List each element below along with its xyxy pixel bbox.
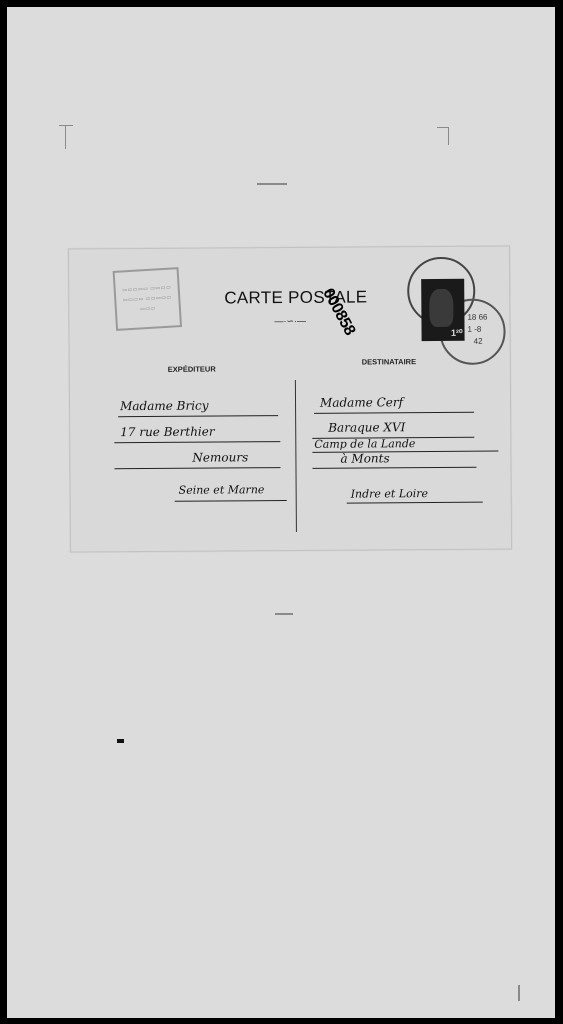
box-stamp-line: ▭▭▭	[140, 306, 156, 313]
specks	[117, 739, 124, 743]
box-stamp: ▭▭▭▭▭ ▭▭▭▭ ▭▭▭▭ ▭▭▭▭▭ ▭▭▭	[113, 267, 182, 331]
recipient-line: Camp de la Lande	[314, 437, 415, 451]
address-rule	[175, 500, 287, 502]
sender-line: 17 rue Berthier	[120, 425, 214, 440]
postcard-title: CARTE POSTALE	[224, 287, 367, 308]
address-rule	[314, 412, 474, 414]
registration-mark	[518, 985, 520, 1001]
sender-line: Madame Bricy	[120, 399, 209, 414]
stamp-value: 1²⁰	[451, 328, 463, 339]
registration-mark	[257, 183, 287, 185]
postmark-date: 18 66	[467, 313, 487, 322]
scan-sheet: ▭▭▭▭▭ ▭▭▭▭ ▭▭▭▭ ▭▭▭▭▭ ▭▭▭ CARTE POSTALE …	[7, 7, 555, 1018]
registration-mark	[59, 125, 73, 126]
recipient-line: Madame Cerf	[320, 395, 403, 410]
box-stamp-line: ▭▭▭▭▭ ▭▭▭▭	[122, 285, 171, 294]
sender-label: EXPÉDITEUR	[168, 365, 216, 374]
address-rule	[114, 467, 280, 469]
address-rule	[118, 415, 278, 417]
postmark-date: 42	[474, 337, 483, 346]
address-rule	[114, 441, 280, 443]
recipient-line: Indre et Loire	[351, 487, 428, 501]
postcard: ▭▭▭▭▭ ▭▭▭▭ ▭▭▭▭ ▭▭▭▭▭ ▭▭▭ CARTE POSTALE …	[68, 245, 512, 552]
registration-mark	[448, 127, 449, 145]
recipient-label: DESTINATAIRE	[362, 357, 416, 366]
sender-line: Seine et Marne	[179, 483, 265, 497]
address-rule	[312, 467, 476, 469]
postage-stamp: 1²⁰	[421, 279, 464, 341]
ornament-icon: —·∽·—	[274, 316, 306, 327]
postmark-date: 1 -8	[467, 325, 481, 334]
registration-mark	[65, 125, 66, 149]
recipient-line: à Monts	[340, 451, 389, 465]
portrait-icon	[429, 289, 453, 327]
divider-line	[295, 380, 297, 532]
recipient-line: Baraque XVI	[328, 420, 405, 435]
registration-mark	[275, 613, 293, 615]
address-rule	[347, 502, 483, 504]
sender-line: Nemours	[192, 450, 248, 464]
box-stamp-line: ▭▭▭▭ ▭▭▭▭▭	[123, 295, 172, 304]
